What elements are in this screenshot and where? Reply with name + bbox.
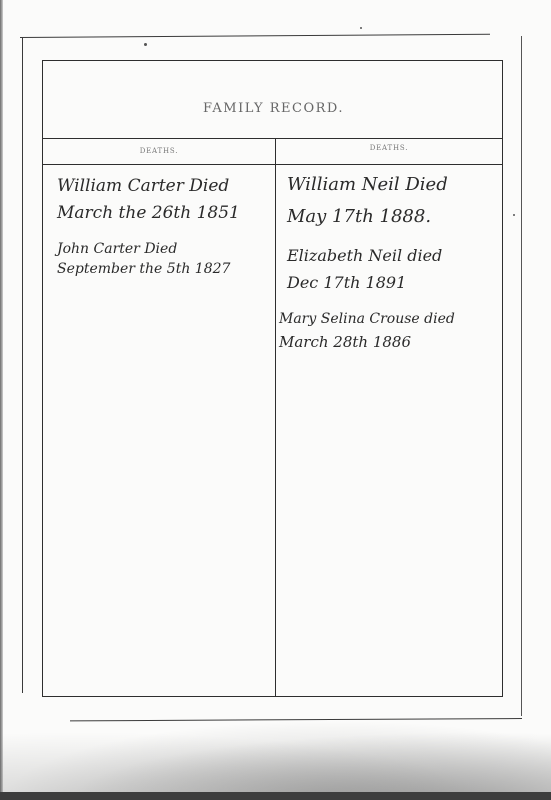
- death-entry-name: William Neil Died: [287, 174, 448, 195]
- death-entry-date: March the 26th 1851: [57, 203, 240, 223]
- page-title: FAMILY RECORD.: [43, 101, 504, 116]
- outer-frame-right: [521, 36, 522, 716]
- death-entry-name: William Carter Died: [57, 176, 229, 196]
- outer-frame-top: [20, 34, 490, 38]
- speck: [513, 214, 515, 216]
- column-header-right: DEATHS.: [276, 144, 502, 152]
- speck: [144, 43, 147, 46]
- death-entry-name: Mary Selina Crouse died: [279, 311, 455, 327]
- death-entry-date: Dec 17th 1891: [287, 273, 406, 292]
- scan-stain: [0, 720, 551, 800]
- scan-bottom-edge: [0, 792, 551, 800]
- column-header-left: DEATHS.: [43, 147, 275, 155]
- death-entry-date: September the 5th 1827: [57, 261, 230, 277]
- outer-frame-left: [22, 38, 23, 693]
- column-divider: [275, 138, 276, 696]
- column-header-row: DEATHS. DEATHS.: [43, 138, 502, 165]
- scan-edge: [0, 0, 3, 800]
- death-entry-name: Elizabeth Neil died: [287, 246, 442, 265]
- death-entry-date: March 28th 1886: [279, 333, 411, 351]
- record-page: FAMILY RECORD. DEATHS. DEATHS. William C…: [42, 60, 503, 697]
- speck: [360, 27, 362, 29]
- death-entry-name: John Carter Died: [57, 241, 177, 257]
- death-entry-date: May 17th 1888.: [287, 206, 431, 227]
